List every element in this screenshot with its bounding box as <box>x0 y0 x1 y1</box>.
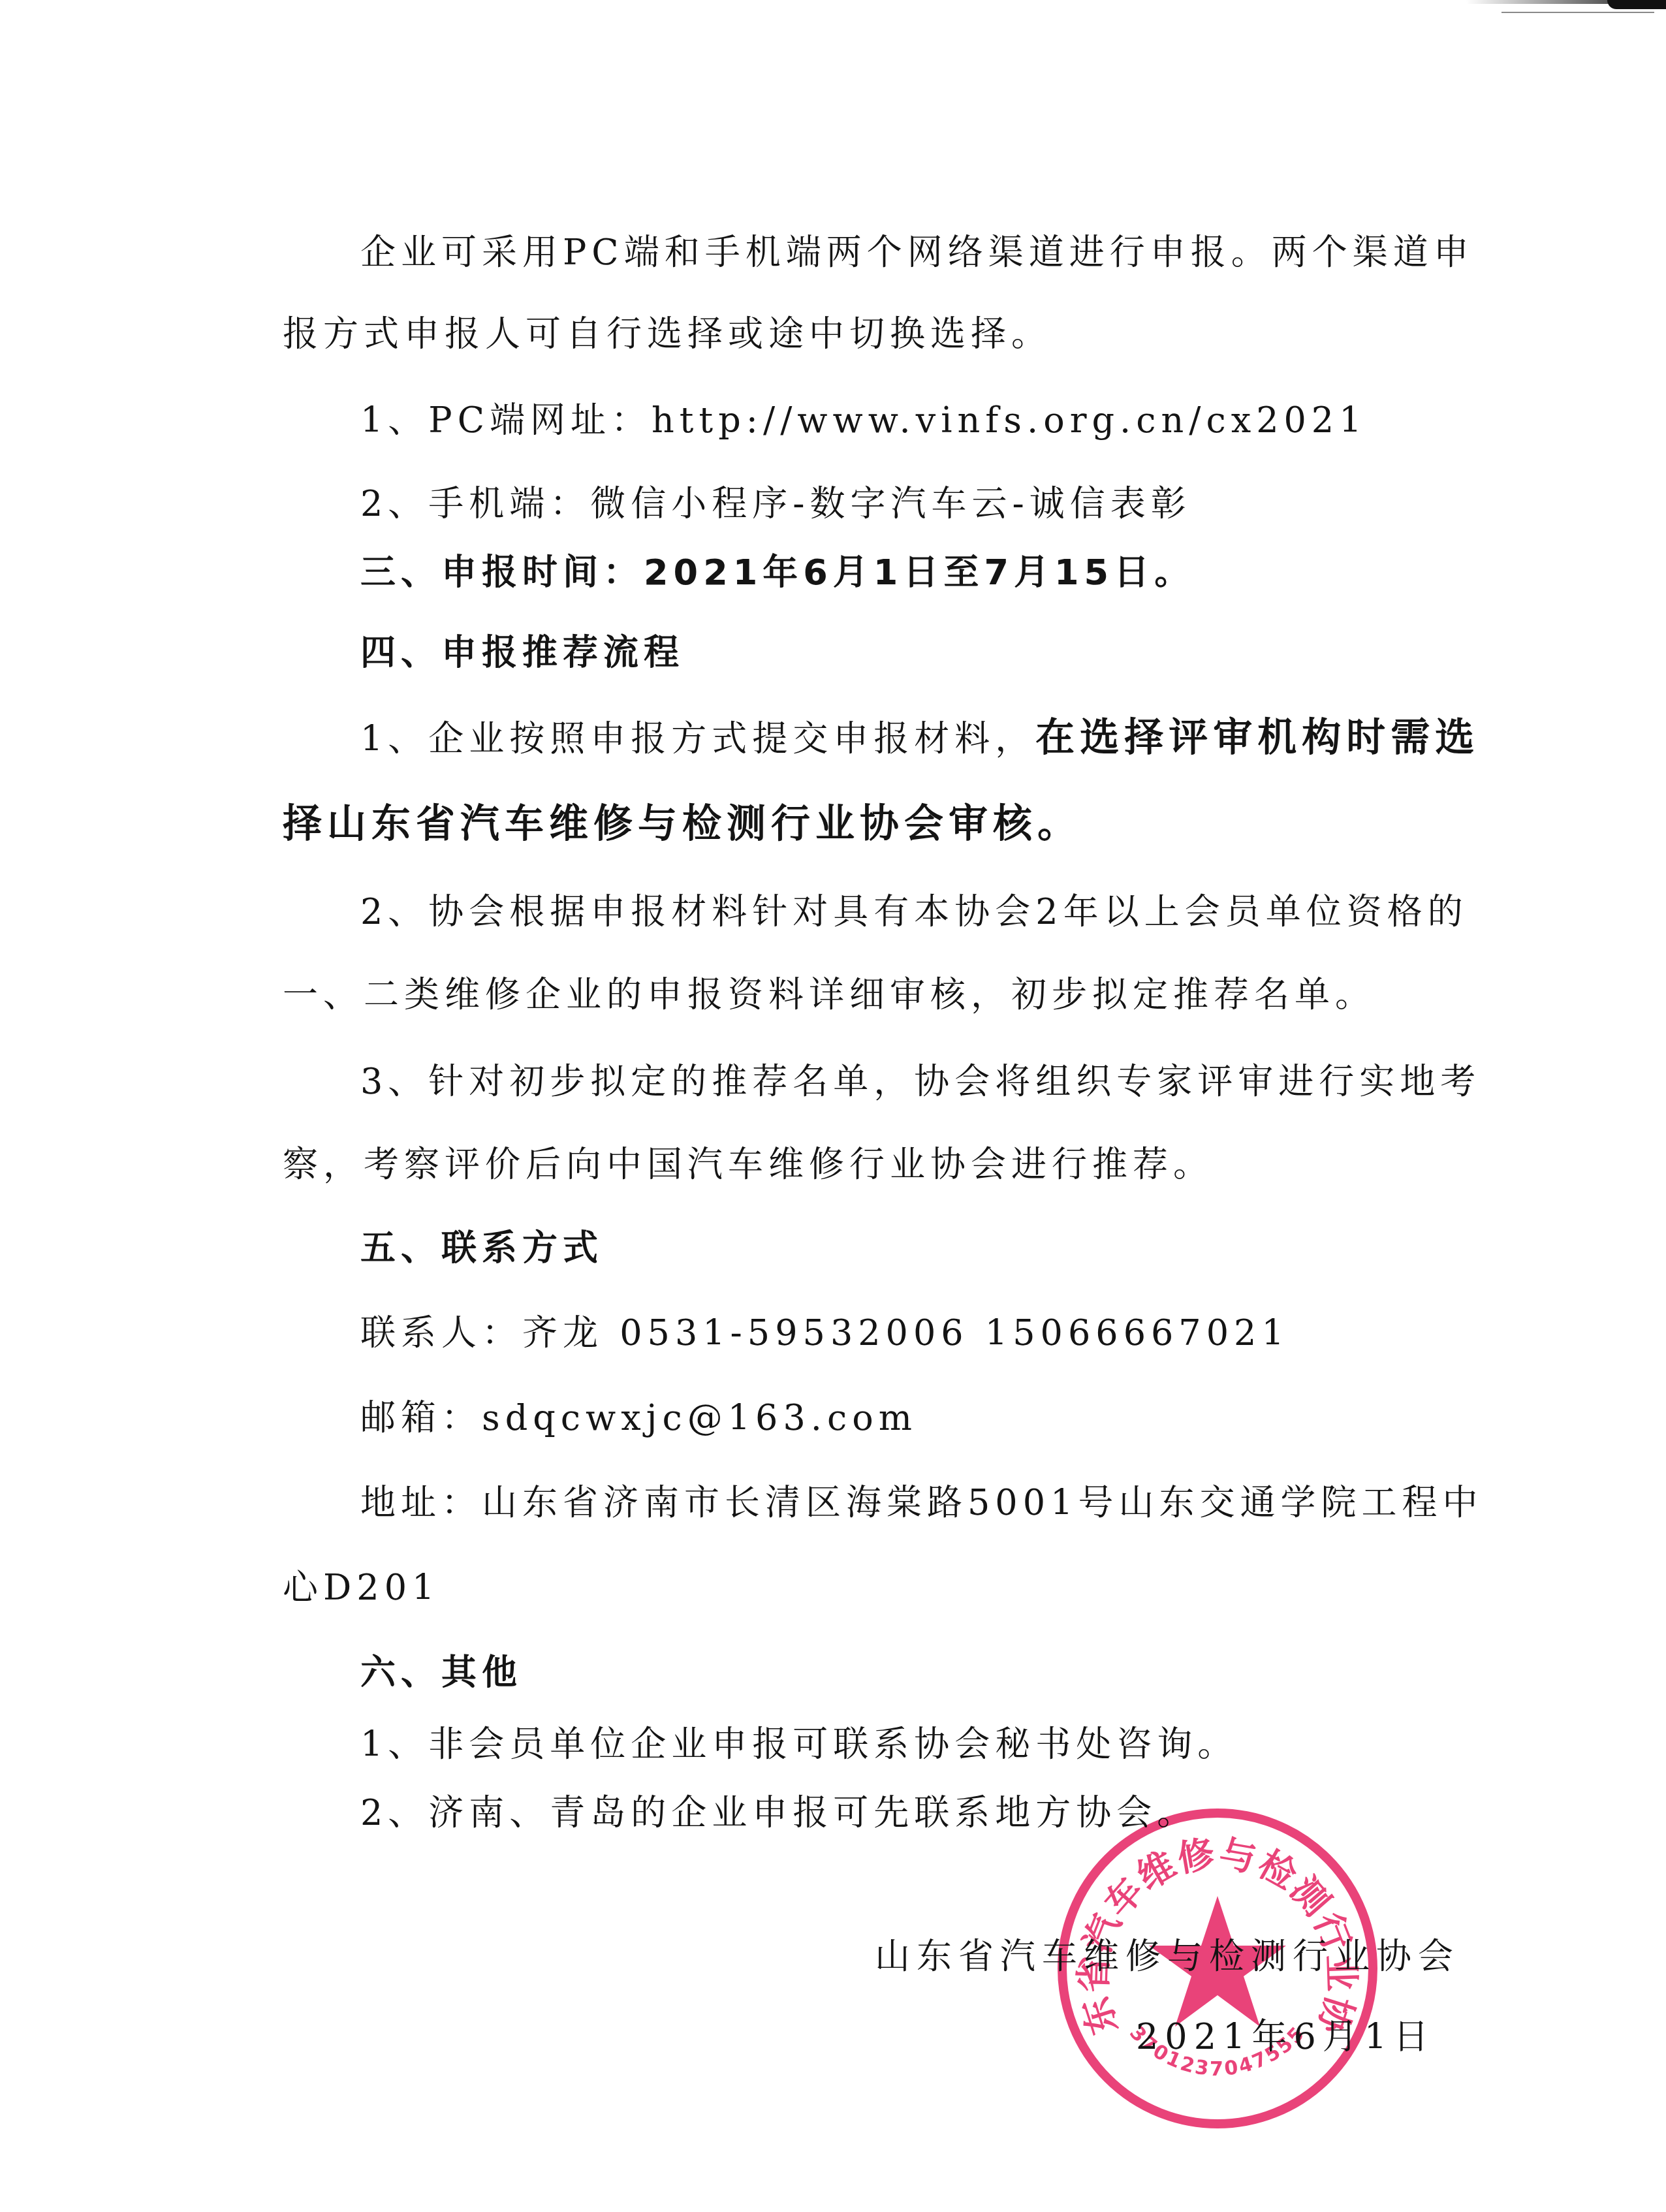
signature-organization: 山东省汽车维修与检测行业协会 <box>875 1936 1460 1978</box>
s4-item-1-line-1: 1、企业按照申报方式提交申报材料，在选择评审机构时需选 <box>360 717 1479 760</box>
paragraph-intro-line-1: 企业可采用PC端和手机端两个网络渠道进行申报。两个渠道申 <box>360 232 1474 274</box>
s4-item-3-line-1: 3、针对初步拟定的推荐名单，协会将组织专家评审进行实地考 <box>360 1061 1481 1103</box>
s4-item-2-line-2: 一、二类维修企业的申报资料详细审核，初步拟定推荐名单。 <box>283 974 1375 1016</box>
s4-item-3-line-2: 察，考察评价后向中国汽车维修行业协会进行推荐。 <box>283 1144 1214 1186</box>
s6-item-1: 1、非会员单位企业申报可联系协会秘书处咨询。 <box>360 1724 1238 1765</box>
s4-item-1-normal-text: 1、企业按照申报方式提交申报材料， <box>360 718 1035 759</box>
pc-url-line: 1、PC端网址：http://www.vinfs.org.cn/cx2021 <box>360 400 1367 441</box>
mobile-line: 2、手机端：微信小程序-数字汽车云-诚信表彰 <box>360 483 1191 525</box>
paragraph-intro-line-2: 报方式申报人可自行选择或途中切换选择。 <box>283 313 1052 355</box>
section-heading-5: 五、联系方式 <box>360 1227 603 1269</box>
s4-item-1-line-2: 择山东省汽车维修与检测行业协会审核。 <box>283 803 1082 845</box>
signature-date: 2021年6月1日 <box>1136 2016 1435 2058</box>
s4-item-2-line-1: 2、协会根据申报材料针对具有本协会2年以上会员单位资格的 <box>360 891 1468 933</box>
email-line: 邮箱：sdqcwxjc@163.com <box>360 1397 917 1439</box>
s4-item-1-bold-text: 在选择评审机构时需选 <box>1035 715 1479 761</box>
section-heading-4: 四、申报推荐流程 <box>360 632 684 674</box>
section-heading-3: 三、申报时间：2021年6月1日至7月15日。 <box>360 552 1195 593</box>
address-line-2: 心D201 <box>283 1567 439 1609</box>
address-line-1: 地址：山东省济南市长清区海棠路5001号山东交通学院工程中 <box>360 1482 1483 1524</box>
contact-line: 联系人：齐龙 0531-59532006 15066667021 <box>360 1312 1289 1354</box>
document-page: 企业可采用PC端和手机端两个网络渠道进行申报。两个渠道申 报方式申报人可自行选择… <box>0 0 1666 2212</box>
section-heading-6: 六、其他 <box>360 1652 522 1694</box>
